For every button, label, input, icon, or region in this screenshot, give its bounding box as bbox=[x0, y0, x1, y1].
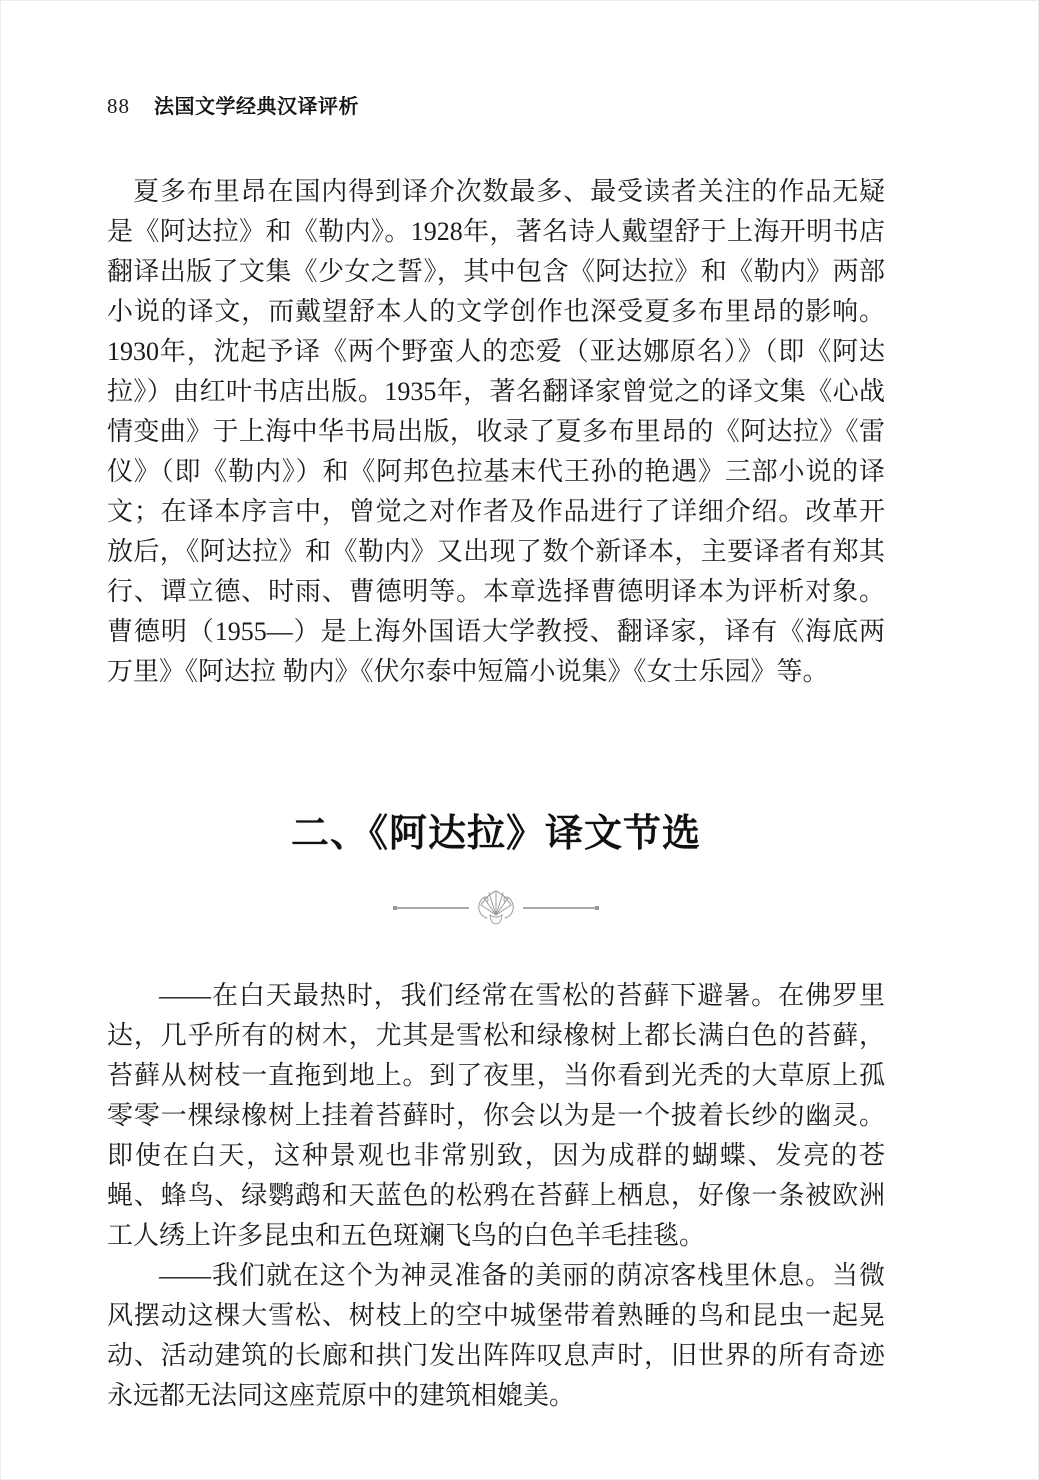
intro-paragraph: 夏多布里昂在国内得到译介次数最多、最受读者关注的作品无疑是《阿达拉》和《勒内》。… bbox=[107, 172, 885, 692]
page-header: 88 法国文学经典汉译评析 bbox=[107, 90, 885, 117]
excerpt-section: ——在白天最热时，我们经常在雪松的苔藓下避暑。在佛罗里达，几乎所有的树木，尤其是… bbox=[107, 976, 885, 1416]
section-heading: 二、《阿达拉》译文节选 bbox=[107, 810, 885, 858]
section-divider bbox=[107, 886, 885, 930]
excerpt-paragraph-2: ——我们就在这个为神灵准备的美丽的荫凉客栈里休息。当微风摆动这棵大雪松、树枝上的… bbox=[107, 1256, 885, 1416]
fleuron-icon bbox=[474, 888, 518, 928]
excerpt-paragraph-1: ——在白天最热时，我们经常在雪松的苔藓下避暑。在佛罗里达，几乎所有的树木，尤其是… bbox=[107, 976, 885, 1256]
divider-line-left bbox=[397, 907, 469, 909]
book-page: 88 法国文学经典汉译评析 夏多布里昂在国内得到译介次数最多、最受读者关注的作品… bbox=[0, 0, 1039, 1480]
divider-line-right bbox=[523, 907, 595, 909]
running-head-title: 法国文学经典汉译评析 bbox=[154, 90, 359, 119]
divider-dot-right bbox=[595, 906, 599, 910]
page-number: 88 bbox=[107, 94, 130, 119]
